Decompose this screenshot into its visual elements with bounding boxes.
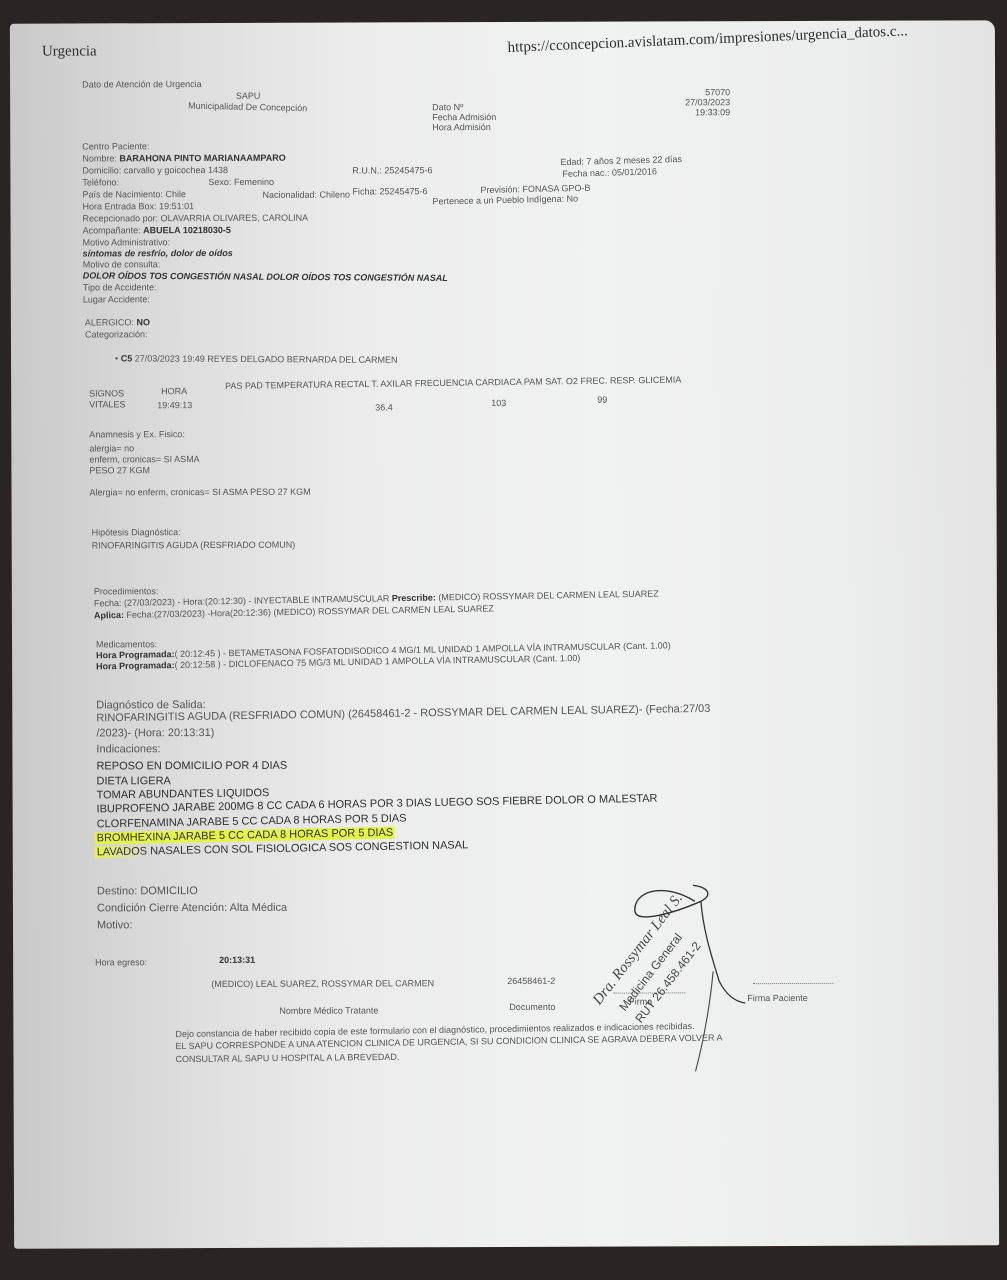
pueblo-value: No: [566, 193, 578, 203]
pais-value: Chile: [166, 189, 187, 199]
motivo-admin-value: síntomas de resfrío, dolor de oídos: [83, 248, 233, 259]
hora-admision-label: Hora Admisión: [432, 122, 496, 132]
municipality: Municipalidad De Concepción: [188, 101, 307, 114]
edad-value: 7 años 2 meses 22 días: [586, 154, 682, 166]
acompanante-row: Acompañante: ABUELA 10218030-5: [83, 225, 231, 236]
motivo-admin-label: Motivo Administrativo:: [83, 237, 171, 247]
diagnostico-salida-line-2: /2023)- (Hora: 20:13:31): [96, 727, 214, 739]
ficha-value: 25245475-6: [379, 186, 427, 196]
diagnostico-salida-label: Diagnóstico de Salida:: [96, 699, 206, 711]
dato-label: Dato Nº: [432, 102, 496, 112]
vitals-frecuencia-cardiaca: 103: [491, 398, 506, 408]
signature-icon: [583, 861, 784, 1102]
vitals-t-axilar: 36.4: [375, 402, 393, 412]
vitals-sat-o2: 99: [597, 395, 607, 405]
categorizacion-code: C5: [121, 353, 133, 363]
fecha-nac-value: 05/01/2016: [612, 166, 657, 177]
medico-tratante-value: (MEDICO) LEAL SUAREZ, ROSSYMAR DEL CARME…: [211, 978, 434, 989]
admission-labels: Dato Nº Fecha Admisión Hora Admisión: [432, 102, 496, 132]
indicacion-item: TOMAR ABUNDANTES LIQUIDOS: [96, 787, 269, 801]
hora-egreso-value: 20:13:31: [219, 955, 255, 965]
vitals-label: SIGNOS VITALES: [89, 388, 125, 410]
telefono-label: Teléfono:: [82, 177, 119, 187]
edad-row: Edad: 7 años 2 meses 22 días: [560, 154, 682, 167]
alergico-value: NO: [136, 317, 150, 327]
fecha-admision-value: 27/03/2023: [650, 97, 730, 107]
condicion-value: Alta Médica: [230, 902, 288, 914]
motivo-cierre-label: Motivo:: [97, 919, 133, 931]
vitals-hora-value: 19:49:13: [157, 400, 192, 410]
vitals-hora-label: HORA: [161, 386, 187, 396]
hora-admision-value: 19:33:09: [650, 107, 730, 117]
run-value: 25245475-6: [384, 165, 432, 175]
print-url: https://cconcepcion.avislatam.com/impres…: [507, 23, 908, 57]
indicacion-item: REPOSO EN DOMICILIO POR 4 DIAS: [96, 760, 287, 773]
anamnesis-lines: alergia= no enferm, cronicas= SI ASMA PE…: [89, 443, 199, 476]
sexo-row: Sexo: Femenino: [208, 177, 274, 187]
vitals-headers: PAS PAD TEMPERATURA RECTAL T. AXILAR FRE…: [225, 375, 681, 391]
hora-egreso-label: Hora egreso:: [95, 957, 147, 967]
footer-disclaimer-line-3: CONSULTAR AL SAPU U HOSPITAL A LA BREVED…: [175, 1052, 399, 1064]
destino-row: Destino: DOMICILIO: [97, 885, 198, 897]
recepcionado-row: Recepcionado por: OLAVARRIA OLIVARES, CA…: [83, 213, 309, 224]
centro-paciente-label: Centro Paciente:: [82, 141, 149, 151]
condicion-row: Condición Cierre Atención: Alta Médica: [97, 902, 287, 915]
tipo-accidente-label: Tipo de Accidente:: [83, 282, 157, 292]
hipotesis-label: Hipótesis Diagnóstica:: [92, 527, 181, 537]
nacionalidad-value: Chileno: [320, 190, 351, 200]
domicilio-value: carvallo y goicochea 1438: [124, 165, 228, 175]
categorizacion-entry: • C5 27/03/2023 19:49 REYES DELGADO BERN…: [115, 353, 398, 364]
categorizacion-label: Categorización:: [85, 329, 148, 339]
nacionalidad-row: Nacionalidad: Chileno: [262, 190, 350, 200]
recepcionado-value: OLAVARRIA OLIVARES, CAROLINA: [161, 213, 309, 224]
documento-label: Documento: [509, 1002, 555, 1012]
admission-values: 57070 27/03/2023 19:33:09: [650, 87, 730, 117]
fecha-nac-row: Fecha nac.: 05/01/2016: [562, 166, 657, 178]
anamnesis-summary: Alergia= no enferm, cronicas= SI ASMA PE…: [89, 487, 310, 498]
run-row: R.U.N.: 25245475-6: [352, 165, 432, 175]
medico-tratante-label: Nombre Médico Tratante: [279, 1005, 378, 1015]
alergico-row: ALERGICO: NO: [85, 317, 150, 327]
hora-box-value: 19:51:01: [159, 201, 194, 211]
institution-name: SAPU: [188, 91, 308, 101]
bullet-icon: •: [115, 353, 118, 363]
nombre-value: BARAHONA PINTO MARIANAAMPARO: [119, 153, 285, 164]
hipotesis-value: RINOFARINGITIS AGUDA (RESFRIADO COMUN): [92, 540, 296, 551]
ficha-row: Ficha: 25245475-6: [352, 186, 427, 196]
indicaciones-label: Indicaciones:: [96, 743, 160, 755]
fecha-admision-label: Fecha Admisión: [432, 112, 496, 122]
nombre-label: Nombre:: [82, 153, 117, 163]
section-title: Dato de Atención de Urgencia: [82, 79, 202, 89]
sexo-value: Femenino: [234, 177, 274, 187]
procedimientos-label: Procedimientos:: [94, 586, 159, 596]
domicilio-row: Domicilio: carvallo y goicochea 1438: [82, 165, 228, 176]
lugar-accidente-label: Lugar Accidente:: [83, 294, 150, 304]
dato-value: 57070: [650, 87, 730, 97]
medicamentos-label: Medicamentos:: [96, 639, 157, 649]
motivo-consulta-value: DOLOR OÍDOS TOS CONGESTIÓN NASAL DOLOR O…: [83, 270, 448, 283]
prevision-value: FONASA GPO-B: [522, 183, 590, 194]
indicacion-item: DIETA LIGERA: [96, 775, 170, 787]
printed-document: Urgencia https://cconcepcion.avislatam.c…: [10, 20, 999, 1248]
hora-box-row: Hora Entrada Box: 19:51:01: [82, 201, 194, 211]
documento-value: 26458461-2: [507, 976, 555, 986]
anamnesis-label: Anamnesis y Ex. Fisico:: [89, 429, 185, 439]
document-title: Urgencia: [42, 43, 97, 60]
pueblo-row: Pertenece a un Pueblo Indígena: No: [432, 193, 578, 206]
categorizacion-value: 27/03/2023 19:49 REYES DELGADO BERNARDA …: [135, 353, 398, 364]
destino-value: DOMICILIO: [140, 885, 197, 897]
acompanante-value: ABUELA 10218030-5: [143, 225, 231, 235]
pais-row: País de Nacimiento: Chile: [82, 189, 186, 199]
nombre-row: Nombre: BARAHONA PINTO MARIANAAMPARO: [82, 153, 285, 164]
motivo-consulta-label: Motivo de consulta:: [83, 259, 161, 269]
